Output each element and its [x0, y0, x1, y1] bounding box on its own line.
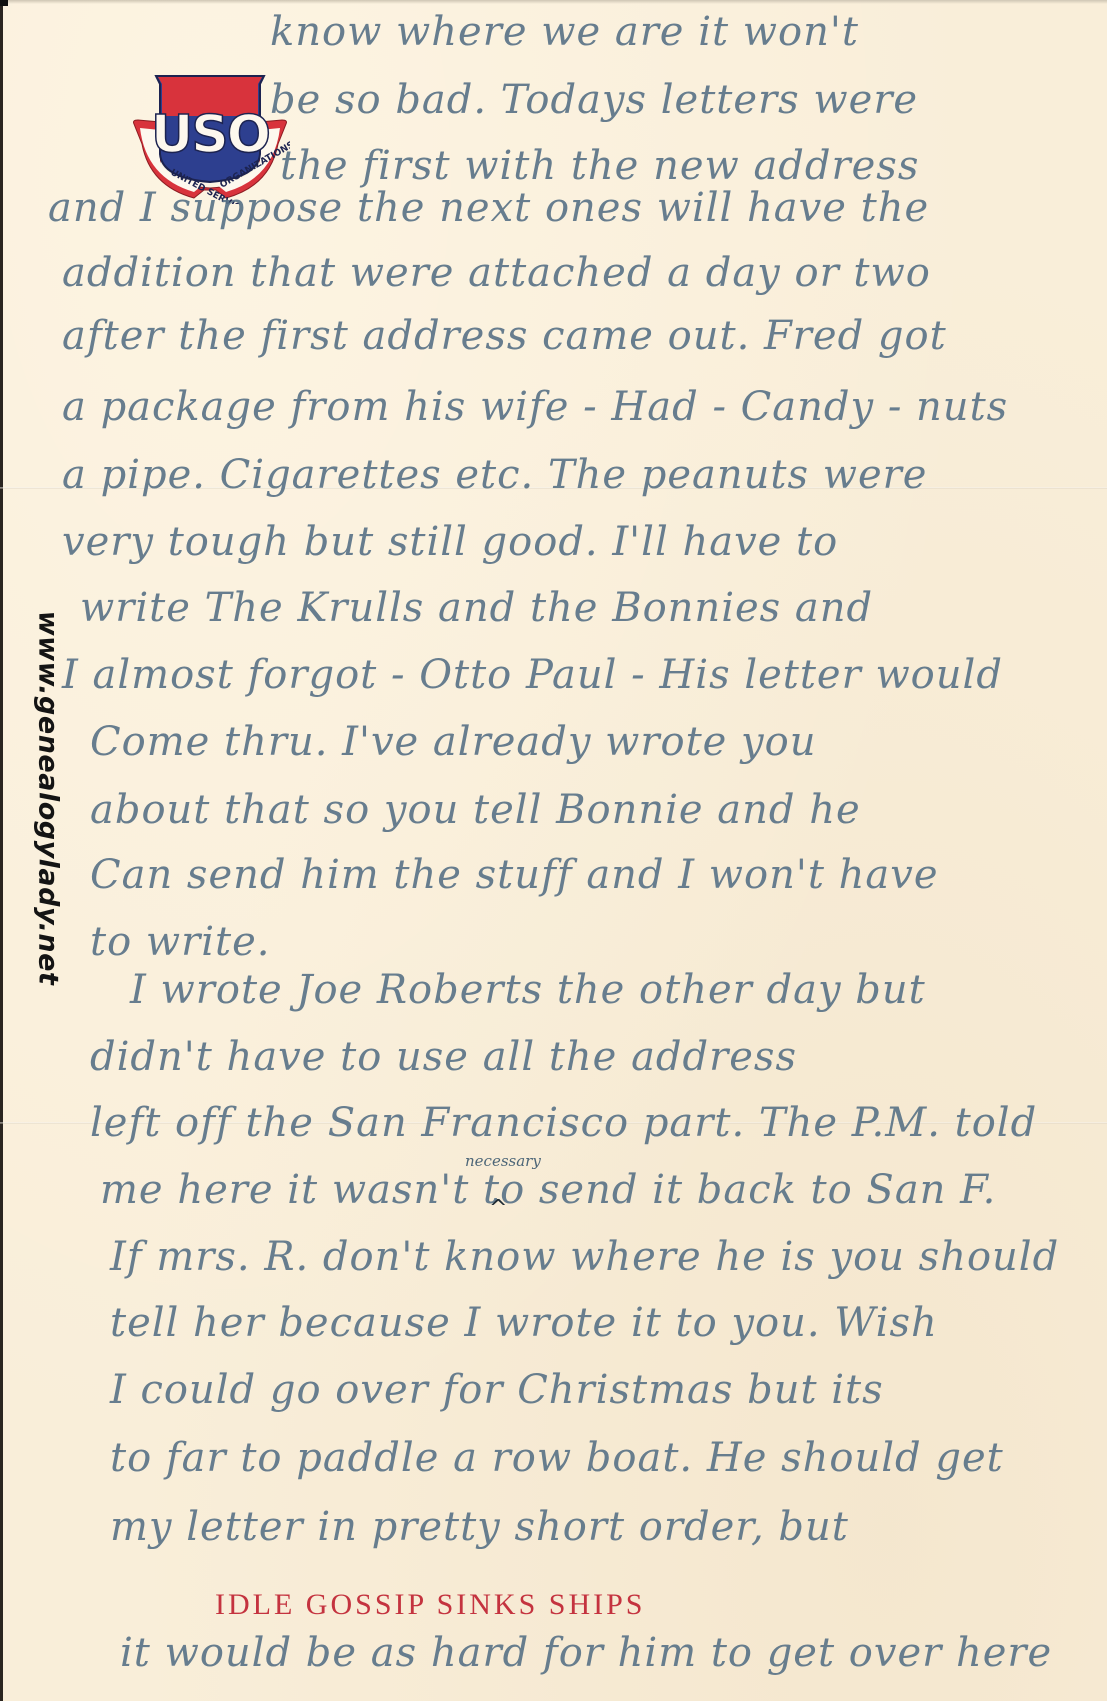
letter-line: the first with the new address [280, 146, 919, 186]
letter-line: know where we are it won't [270, 12, 859, 52]
letter-page: USO UNITED SERVICE ORGANIZATIONS www.gen… [0, 0, 1107, 1701]
letter-line: write The Krulls and the Bonnies and [80, 588, 873, 628]
letter-line: addition that were attached a day or two [62, 253, 931, 293]
letter-line: to far to paddle a row boat. He should g… [110, 1438, 1004, 1478]
letter-line: didn't have to use all the address [90, 1037, 797, 1077]
letter-line: I wrote Joe Roberts the other day but [130, 970, 926, 1010]
page-left-edge [0, 0, 3, 1701]
insertion-caret-icon: ^ [489, 1196, 507, 1221]
letter-line: about that so you tell Bonnie and he [90, 790, 861, 830]
letter-line: to write. [90, 922, 270, 962]
uso-logo-text: USO [151, 105, 269, 165]
letter-line: Can send him the stuff and I won't have [90, 855, 939, 895]
letter-line: very tough but still good. I'll have to [62, 522, 838, 562]
letter-line: a package from his wife - Had - Candy - … [62, 387, 1008, 427]
letter-line: I almost forgot - Otto Paul - His letter… [62, 655, 1003, 695]
letter-insertion: necessary [465, 1152, 541, 1170]
letter-line: my letter in pretty short order, but [110, 1507, 849, 1547]
letter-line: a pipe. Cigarettes etc. The peanuts were [62, 455, 927, 495]
letter-line: left off the San Francisco part. The P.M… [90, 1103, 1037, 1143]
page-top-edge [0, 0, 1107, 4]
letter-line: Come thru. I've already wrote you [90, 722, 816, 762]
letter-line: I could go over for Christmas but its [110, 1370, 884, 1410]
letter-line: tell her because I wrote it to you. Wish [110, 1303, 938, 1343]
letter-line: If mrs. R. don't know where he is you sh… [110, 1237, 1059, 1277]
watermark-url: www.genealogylady.net [33, 611, 64, 986]
letter-line: it would be as hard for him to get over … [120, 1633, 1052, 1673]
letter-line: and I suppose the next ones will have th… [48, 188, 929, 228]
letter-line: be so bad. Todays letters were [270, 80, 918, 120]
letter-line: after the first address came out. Fred g… [62, 316, 947, 356]
scan-corner-mark [0, 0, 8, 6]
letterhead-slogan: IDLE GOSSIP SINKS SHIPS [215, 1588, 645, 1622]
letter-line: me here it wasn't to send it back to San… [100, 1170, 996, 1210]
